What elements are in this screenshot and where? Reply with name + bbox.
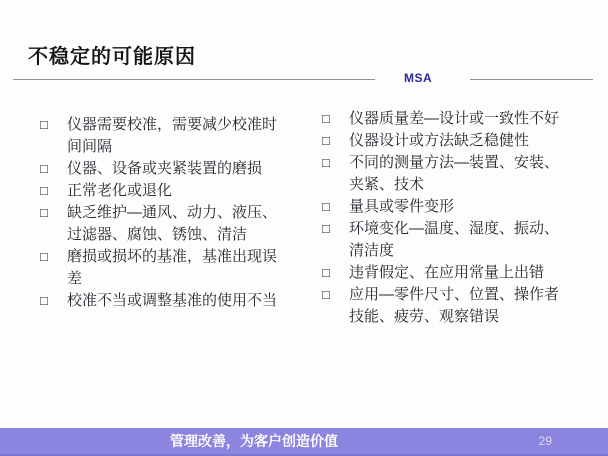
presentation-slide: 不稳定的可能原因 MSA □ 仪器需要校准，需要减少校准时间间隔 □ 仪器、设备… [0, 0, 608, 456]
title-underline-right [470, 79, 593, 80]
bullet-list-left: □ 仪器需要校准，需要减少校准时间间隔 □ 仪器、设备或夹紧装置的磨损 □ 正常… [40, 114, 285, 312]
square-bullet-icon: □ [40, 180, 67, 202]
list-item-text: 校准不当或调整基准的使用不当 [67, 290, 285, 312]
list-item-text: 违背假定、在应用常量上出错 [349, 262, 572, 284]
list-item: □ 校准不当或调整基准的使用不当 [40, 290, 285, 312]
page-title: 不稳定的可能原因 [28, 40, 196, 69]
list-item-text: 环境变化—温度、湿度、振动、清洁度 [349, 218, 572, 262]
square-bullet-icon: □ [322, 262, 349, 284]
square-bullet-icon: □ [322, 284, 349, 306]
msa-section-label: MSA [404, 71, 432, 85]
square-bullet-icon: □ [40, 158, 67, 180]
square-bullet-icon: □ [40, 246, 67, 268]
list-item: □ 仪器设计或方法缺乏稳健性 [322, 130, 572, 152]
square-bullet-icon: □ [322, 218, 349, 240]
square-bullet-icon: □ [322, 196, 349, 218]
list-item-text: 缺乏维护—通风、动力、液压、过滤器、腐蚀、锈蚀、清洁 [67, 202, 285, 246]
square-bullet-icon: □ [40, 114, 67, 136]
list-item: □ 环境变化—温度、湿度、振动、清洁度 [322, 218, 572, 262]
list-item: □ 仪器、设备或夹紧装置的磨损 [40, 158, 285, 180]
list-item: □ 量具或零件变形 [322, 196, 572, 218]
bullet-list-right: □ 仪器质量差—设计或一致性不好 □ 仪器设计或方法缺乏稳健性 □ 不同的测量方… [322, 108, 572, 328]
list-item: □ 不同的测量方法—装置、安装、夹紧、技术 [322, 152, 572, 196]
square-bullet-icon: □ [322, 108, 349, 130]
list-item: □ 应用—零件尺寸、位置、操作者技能、疲劳、观察错误 [322, 284, 572, 328]
square-bullet-icon: □ [322, 152, 349, 174]
page-number: 29 [539, 428, 552, 454]
footer-bar: 管理改善，为客户创造价值 29 [0, 428, 608, 456]
footer-slogan: 管理改善，为客户创造价值 [0, 428, 508, 454]
list-item: □ 违背假定、在应用常量上出错 [322, 262, 572, 284]
list-item-text: 仪器、设备或夹紧装置的磨损 [67, 158, 285, 180]
list-item: □ 仪器需要校准，需要减少校准时间间隔 [40, 114, 285, 158]
title-underline-left [13, 79, 375, 80]
square-bullet-icon: □ [322, 130, 349, 152]
list-item-text: 应用—零件尺寸、位置、操作者技能、疲劳、观察错误 [349, 284, 572, 328]
list-item: □ 缺乏维护—通风、动力、液压、过滤器、腐蚀、锈蚀、清洁 [40, 202, 285, 246]
list-item: □ 仪器质量差—设计或一致性不好 [322, 108, 572, 130]
list-item-text: 量具或零件变形 [349, 196, 572, 218]
list-item-text: 不同的测量方法—装置、安装、夹紧、技术 [349, 152, 572, 196]
list-item-text: 磨损或损坏的基准，基准出现误差 [67, 246, 285, 290]
list-item-text: 正常老化或退化 [67, 180, 285, 202]
square-bullet-icon: □ [40, 202, 67, 224]
list-item-text: 仪器设计或方法缺乏稳健性 [349, 130, 572, 152]
square-bullet-icon: □ [40, 290, 67, 312]
list-item: □ 正常老化或退化 [40, 180, 285, 202]
list-item-text: 仪器质量差—设计或一致性不好 [349, 108, 572, 130]
list-item: □ 磨损或损坏的基准，基准出现误差 [40, 246, 285, 290]
list-item-text: 仪器需要校准，需要减少校准时间间隔 [67, 114, 285, 158]
